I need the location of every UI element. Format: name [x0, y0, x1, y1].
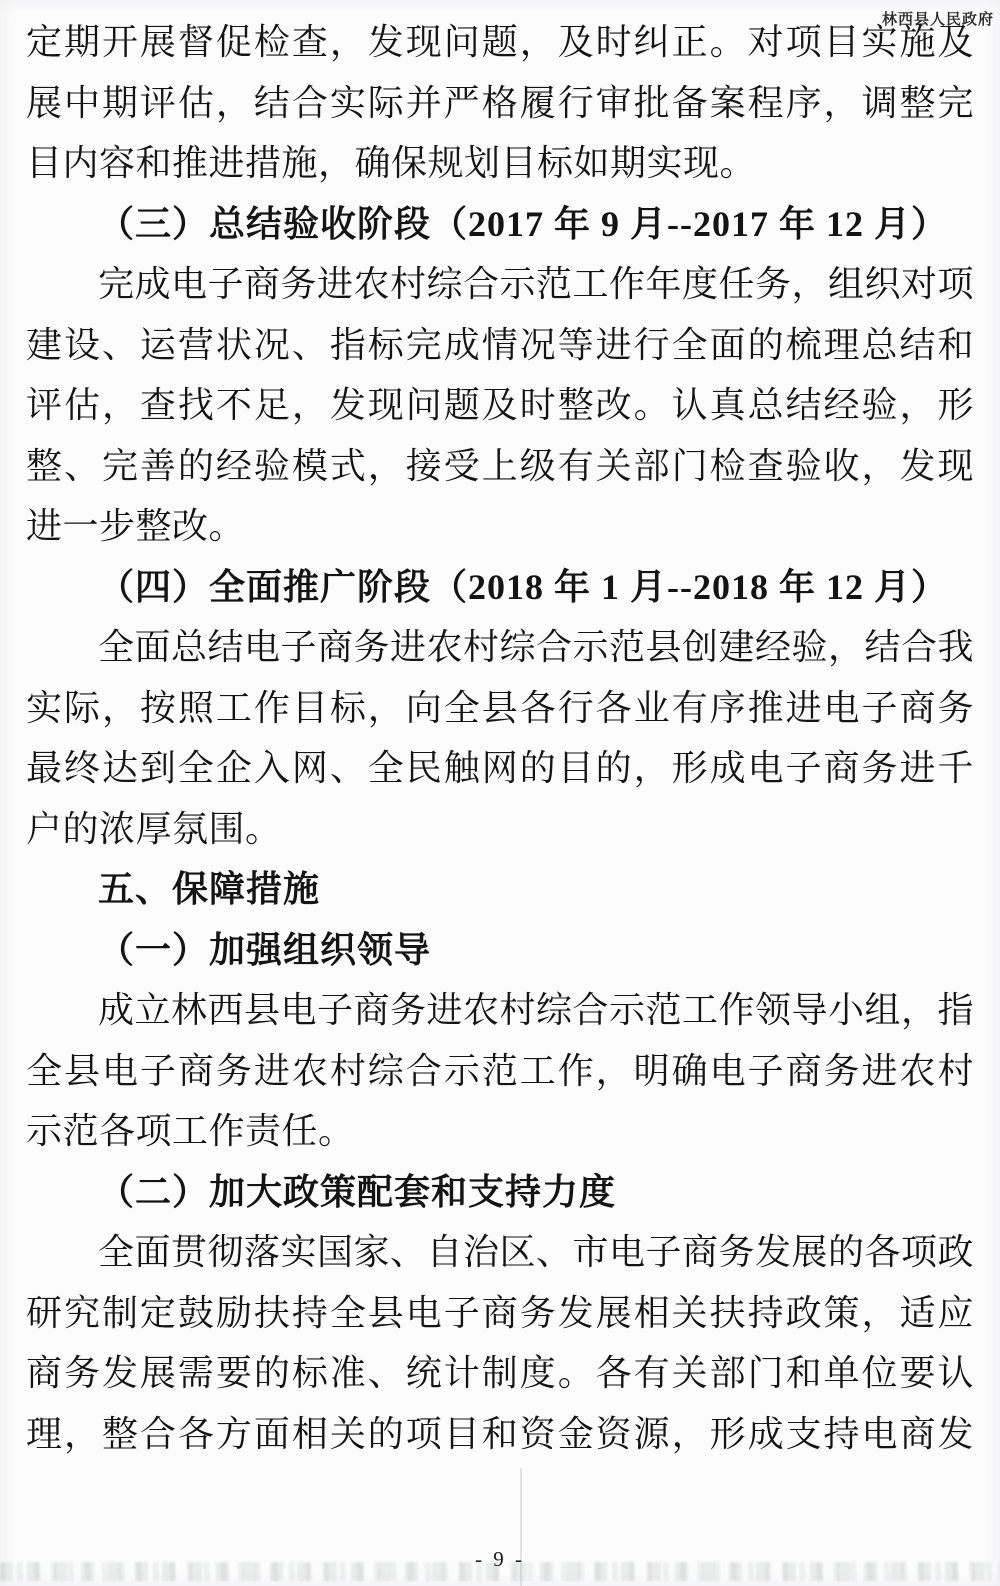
- document-page: 林西县人民政府 定期开展督促检查，发现问题，及时纠正。对项目实施及时开展中期评估…: [0, 0, 1000, 1586]
- section-heading: （一）加强组织领导: [26, 920, 974, 981]
- text-line: 展中期评估，结合实际并严格履行审批备案程序，调整完善项: [26, 73, 974, 134]
- text-line: 全县电子商务进农村综合示范工作，明确电子商务进农村综合: [26, 1041, 974, 1102]
- text-line: 进一步整改。: [26, 496, 974, 557]
- text-line: 建设、运营状况、指标完成情况等进行全面的梳理总结和自我: [26, 315, 974, 376]
- text-line: 研究制定鼓励扶持全县电子商务发展相关扶持政策，适应电子: [26, 1283, 974, 1344]
- section-heading: （三）总结验收阶段（2017 年 9 月--2017 年 12 月）: [26, 194, 974, 255]
- text-line: 最终达到全企入网、全民触网的目的，形成电子商务进千家万: [26, 738, 974, 799]
- text-line: 商务发展需要的标准、统计制度。各有关部门和单位要认真梳: [26, 1343, 974, 1404]
- document-content: 定期开展督促检查，发现问题，及时纠正。对项目实施及时开展中期评估，结合实际并严格…: [26, 12, 974, 1464]
- text-line: 户的浓厚氛围。: [26, 799, 974, 860]
- text-line: 整、完善的经验模式，接受上级有关部门检查验收，发现问题: [26, 436, 974, 497]
- text-line: 实际，按照工作目标，向全县各行各业有序推进电子商务应用，: [26, 678, 974, 739]
- text-line: 全面总结电子商务进农村综合示范县创建经验，结合我县: [26, 617, 974, 678]
- section-heading: 五、保障措施: [26, 859, 974, 920]
- section-heading: （二）加大政策配套和支持力度: [26, 1162, 974, 1223]
- text-line: 成立林西县电子商务进农村综合示范工作领导小组，指导: [26, 980, 974, 1041]
- page-number: - 9 -: [0, 1547, 1000, 1572]
- text-line: 理，整合各方面相关的项目和资金资源，形成支持电商发展的: [26, 1404, 974, 1465]
- section-heading: （四）全面推广阶段（2018 年 1 月--2018 年 12 月）: [26, 557, 974, 618]
- text-line: 示范各项工作责任。: [26, 1101, 974, 1162]
- text-line: 全面贯彻落实国家、自治区、市电子商务发展的各项政策，: [26, 1222, 974, 1283]
- text-line: 定期开展督促检查，发现问题，及时纠正。对项目实施及时开: [26, 12, 974, 73]
- text-line: 完成电子商务进农村综合示范工作年度任务，组织对项目: [26, 254, 974, 315]
- text-line: 目内容和推进措施，确保规划目标如期实现。: [26, 133, 974, 194]
- text-line: 评估，查找不足，发现问题及时整改。认真总结经验，形成完: [26, 375, 974, 436]
